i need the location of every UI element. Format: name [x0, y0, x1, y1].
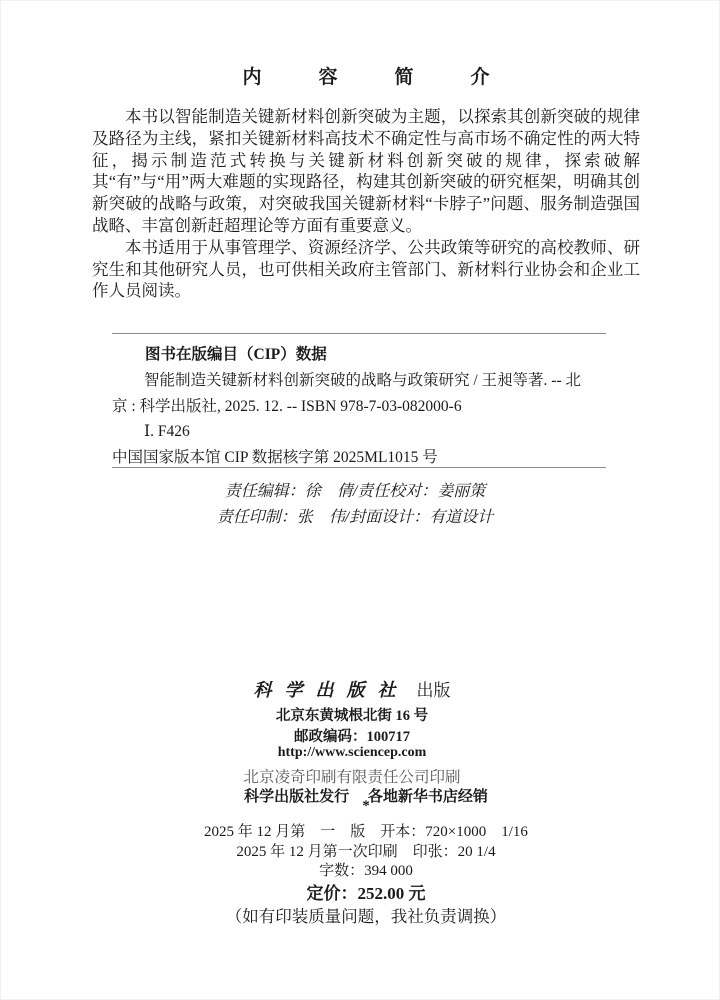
edition-line: 2025 年 12 月第 一 版 开本：720×1000 1/16 [92, 820, 640, 841]
price-line: 定价：252.00 元 [92, 879, 640, 904]
cip-body: 智能制造关键新材料创新突破的战略与政策研究 / 王昶等著. -- 北 京 : 科… [112, 368, 624, 470]
cip-title-line-2: 京 : 科学出版社, 2025. 12. -- ISBN 978-7-03-08… [112, 394, 624, 420]
cip-top-rule [112, 333, 606, 334]
publisher-postcode: 邮政编码：100717 [82, 725, 622, 746]
staff-printing-line: 责任印制：张 伟/封面设计：有道设计 [85, 505, 625, 531]
word-count-line: 字数：394 000 [92, 859, 640, 880]
quality-note-line: （如有印装质量问题，我社负责调换） [92, 903, 640, 927]
cip-bottom-rule [112, 467, 606, 468]
publisher-logo: 科学出版社 [254, 680, 409, 700]
publisher-website: http://www.sciencep.com [82, 745, 622, 761]
staff-credits: 责任编辑：徐 倩/责任校对：姜丽策 责任印制：张 伟/封面设计：有道设计 [85, 479, 625, 531]
impression-line: 2025 年 12 月第一次印刷 印张：20 1/4 [92, 840, 640, 861]
separator-star: * [92, 799, 640, 813]
staff-editors-line: 责任编辑：徐 倩/责任校对：姜丽策 [85, 479, 625, 505]
cip-class-code: Ⅰ. F426 [112, 419, 624, 445]
summary-paragraph-1: 本书以智能制造关键新材料创新突破为主题，以探索其创新突破的规律及路径为主线，紧扣… [92, 106, 640, 237]
cip-title-line-1: 智能制造关键新材料创新突破的战略与政策研究 / 王昶等著. -- 北 [112, 368, 624, 394]
publisher-logo-suffix: 出版 [417, 681, 451, 700]
content-summary-title: 内 容 简 介 [92, 62, 640, 89]
publisher-logo-line: 科学出版社出版 [82, 676, 622, 702]
copyright-page: 内 容 简 介 本书以智能制造关键新材料创新突破为主题，以探索其创新突破的规律及… [0, 0, 720, 1000]
summary-paragraph-2: 本书适用于从事管理学、资源经济学、公共政策等研究的高校教师、研究生和其他研究人员… [92, 237, 640, 302]
content-summary: 本书以智能制造关键新材料创新突破为主题，以探索其创新突破的规律及路径为主线，紧扣… [92, 106, 640, 302]
publisher-address: 北京东黄城根北街 16 号 [82, 704, 622, 725]
printer-name: 北京凌奇印刷有限责任公司印刷 [82, 765, 622, 787]
cip-heading: 图书在版编目（CIP）数据 [145, 342, 327, 364]
